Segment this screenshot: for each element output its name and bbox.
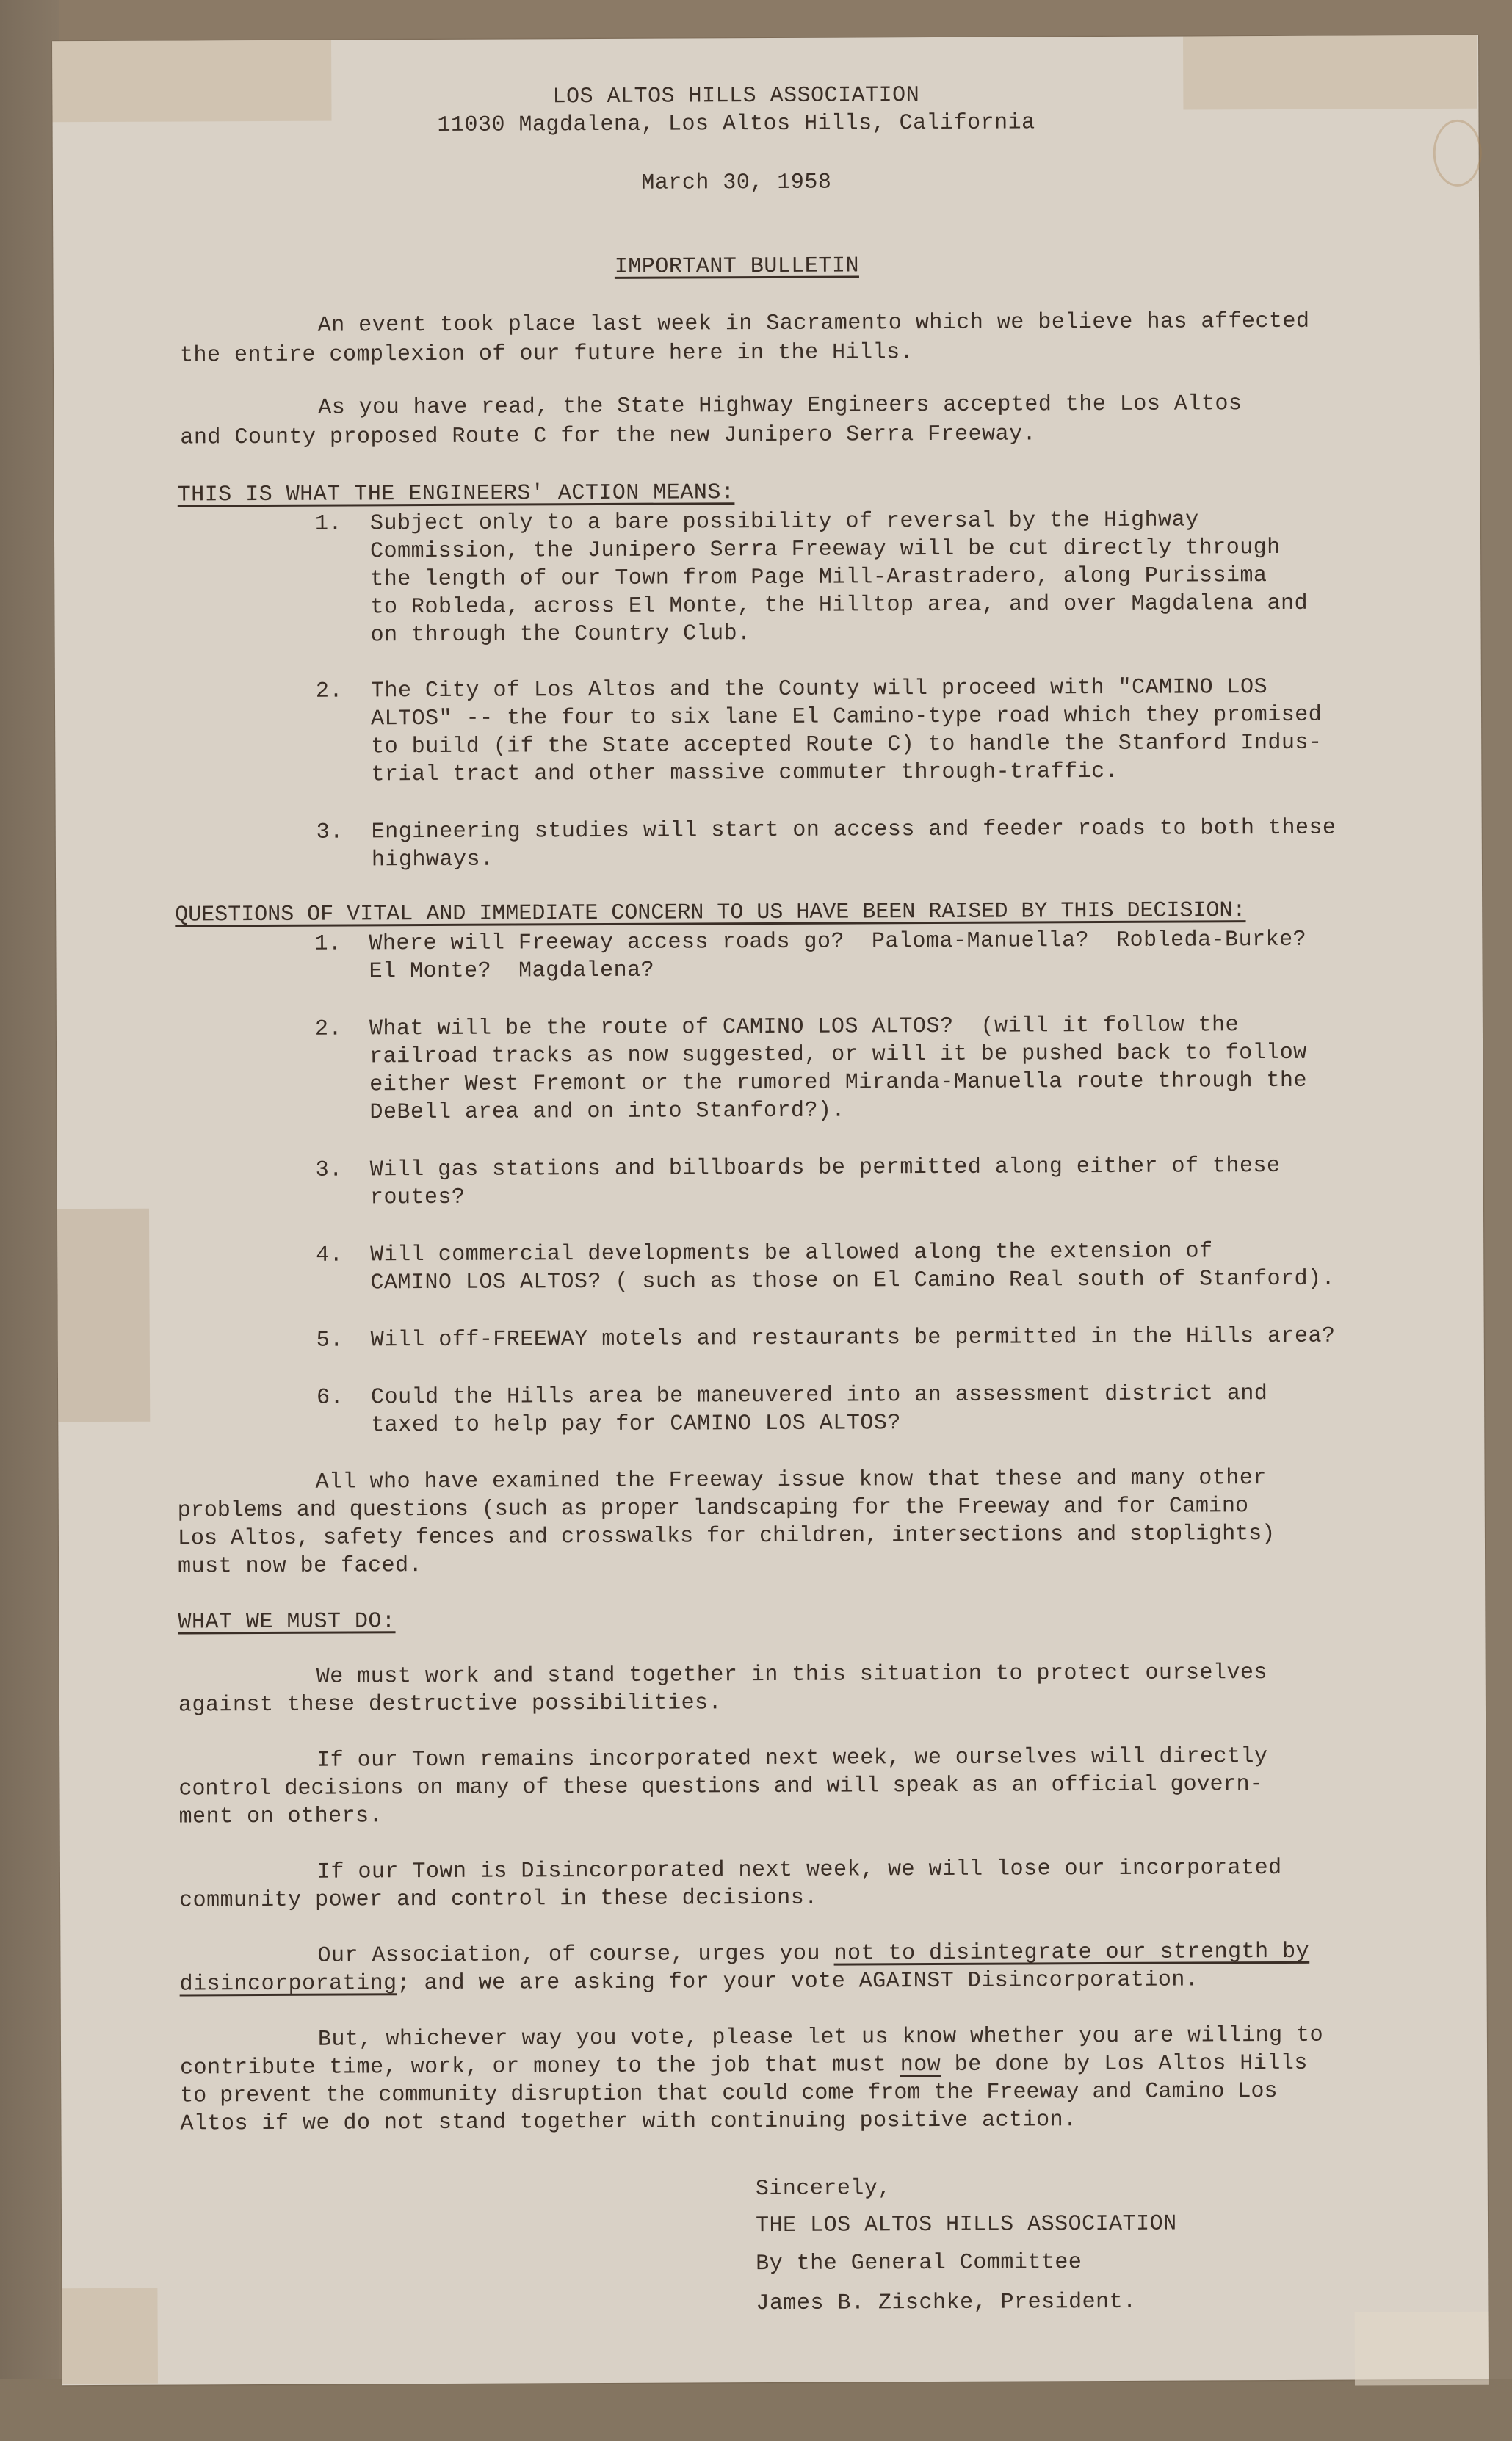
questions-item-2-number: 2.	[315, 1016, 342, 1044]
engineers-item-1-line3: the length of our Town from Page Mill-Ar…	[370, 562, 1267, 593]
signature-closing: Sincerely,	[756, 2174, 891, 2203]
questions-item-1-line1: Where will Freeway access roads go? Palo…	[369, 926, 1306, 958]
p4-line2-text: ; and we are asking for your vote AGAINS…	[397, 1967, 1199, 1996]
must-do-p5-line1: But, whichever way you vote, please let …	[318, 2022, 1323, 2054]
questions-item-6-line2: taxed to help pay for CAMINO LOS ALTOS?	[371, 1409, 901, 1439]
p4-line1-text: Our Association, of course, urges you	[317, 1942, 833, 1969]
engineers-item-3-line2: highways.	[372, 846, 494, 875]
section-heading-engineers: THIS IS WHAT THE ENGINEERS' ACTION MEANS…	[178, 479, 735, 509]
must-do-p2-line2: control decisions on many of these quest…	[178, 1771, 1262, 1803]
engineers-item-1-line2: Commission, the Junipero Serra Freeway w…	[370, 534, 1281, 565]
signature-committee: By the General Committee	[756, 2249, 1082, 2278]
engineers-item-2-line3: to build (if the State accepted Route C)…	[371, 729, 1322, 762]
questions-item-5-number: 5.	[316, 1327, 344, 1355]
engineers-item-2-line1: The City of Los Altos and the County wil…	[371, 673, 1267, 705]
intro-p2-line1: As you have read, the State Highway Engi…	[318, 390, 1242, 422]
signature-name: James B. Zischke, President.	[756, 2288, 1136, 2318]
engineers-item-2-line4: trial tract and other massive commuter t…	[371, 758, 1118, 789]
engineers-item-3-line1: Engineering studies will start on access…	[372, 814, 1336, 847]
intro-p1-line2: the entire complexion of our future here…	[180, 339, 914, 369]
questions-item-4-line1: Will commercial developments be allowed …	[370, 1237, 1212, 1269]
questions-item-1-line2: El Monte? Magdalena?	[369, 957, 654, 986]
must-do-p3-line2: community power and control in these dec…	[179, 1884, 818, 1915]
bulletin-body: LOS ALTOS HILLS ASSOCIATION 11030 Magdal…	[52, 35, 1489, 2385]
questions-item-3-line2: routes?	[370, 1184, 466, 1212]
all-who-line3: Los Altos, safety fences and crosswalks …	[178, 1520, 1275, 1553]
engineers-item-2-number: 2.	[316, 678, 343, 706]
engineers-item-1-line4: to Robleda, across El Monte, the Hilltop…	[370, 590, 1308, 622]
must-do-p4-line1: Our Association, of course, urges you no…	[317, 1938, 1309, 1970]
section-heading-must-do: WHAT WE MUST DO:	[178, 1608, 395, 1636]
must-do-p2-line3: ment on others.	[179, 1802, 383, 1831]
all-who-line2: problems and questions (such as proper l…	[178, 1492, 1248, 1525]
questions-item-2-line2: railroad tracks as now suggested, or wil…	[369, 1039, 1307, 1071]
p5-line2-post: be done by Los Altos Hills	[941, 2051, 1308, 2077]
must-do-p5-line3: to prevent the community disruption that…	[180, 2077, 1277, 2111]
p4-emphasis-part1: not to disintegrate our strength by	[833, 1939, 1309, 1967]
engineers-item-1-line1: Subject only to a bare possibility of re…	[370, 506, 1199, 538]
all-who-line4: must now be faced.	[178, 1552, 422, 1580]
questions-item-2-line3: either West Fremont or the rumored Miran…	[369, 1067, 1307, 1099]
questions-item-3-line1: Will gas stations and billboards be perm…	[370, 1152, 1281, 1184]
bulletin-date: March 30, 1958	[23, 166, 1450, 200]
document-page: LOS ALTOS HILLS ASSOCIATION 11030 Magdal…	[52, 35, 1489, 2385]
must-do-p2-line1: If our Town remains incorporated next we…	[316, 1743, 1267, 1775]
engineers-item-3-number: 3.	[316, 819, 344, 847]
mount-background-bottom	[0, 2379, 1512, 2441]
must-do-p5-line2: contribute time, work, or money to the j…	[180, 2050, 1308, 2083]
questions-item-2-line4: DeBell area and on into Stanford?).	[369, 1097, 845, 1127]
mount-background-top	[0, 0, 1512, 40]
engineers-item-1-number: 1.	[315, 510, 342, 538]
intro-p1-line1: An event took place last week in Sacrame…	[318, 308, 1310, 340]
must-do-p1-line2: against these destructive possibilities.	[178, 1689, 722, 1719]
questions-item-6-number: 6.	[316, 1384, 344, 1412]
bulletin-title: IMPORTANT BULLETIN	[615, 253, 859, 279]
questions-item-3-number: 3.	[316, 1157, 343, 1185]
questions-item-4-line2: CAMINO LOS ALTOS? ( such as those on El …	[370, 1265, 1335, 1298]
questions-item-1-number: 1.	[314, 930, 341, 958]
p5-emphasis-now: now	[900, 2053, 941, 2077]
p4-emphasis-part2: disincorporating	[180, 1971, 397, 1997]
questions-item-6-line1: Could the Hills area be maneuvered into …	[371, 1380, 1267, 1411]
must-do-p3-line1: If our Town is Disincorporated next week…	[317, 1854, 1282, 1887]
engineers-item-2-line2: ALTOS" -- the four to six lane El Camino…	[371, 701, 1322, 734]
title-wrap: IMPORTANT BULLETIN	[23, 250, 1450, 283]
section-heading-questions: QUESTIONS OF VITAL AND IMMEDIATE CONCERN…	[175, 897, 1245, 929]
questions-item-5-line1: Will off-FREEWAY motels and restaurants …	[371, 1323, 1336, 1355]
must-do-p1-line1: We must work and stand together in this …	[316, 1659, 1267, 1691]
questions-item-2-line1: What will be the route of CAMINO LOS ALT…	[369, 1011, 1239, 1043]
p5-line2-pre: contribute time, work, or money to the j…	[180, 2053, 900, 2080]
engineers-item-1-line5: on through the Country Club.	[370, 620, 750, 649]
signature-organization: THE LOS ALTOS HILLS ASSOCIATION	[756, 2210, 1177, 2241]
questions-item-4-number: 4.	[316, 1242, 343, 1270]
must-do-p5-line4: Altos if we do not stand together with c…	[180, 2106, 1077, 2138]
intro-p2-line2: and County proposed Route C for the new …	[180, 420, 1036, 452]
mount-background-left	[0, 0, 59, 2441]
organization-address: 11030 Magdalena, Los Altos Hills, Califo…	[23, 107, 1449, 141]
must-do-p4-line2: disincorporating; and we are asking for …	[180, 1966, 1199, 1998]
all-who-line1: All who have examined the Freeway issue …	[316, 1464, 1267, 1497]
